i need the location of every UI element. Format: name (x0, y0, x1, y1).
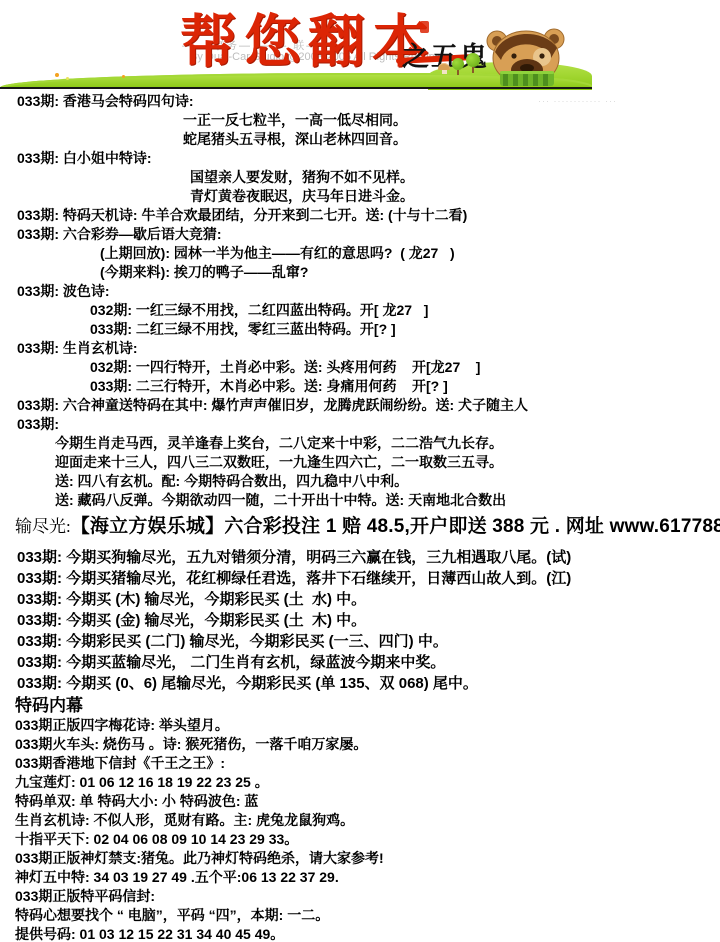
section-heading: 特码内幕 (0, 696, 720, 716)
loseall-section: 033期: 今期买狗输尽光，五九对错须分清，明码三六赢在钱，三九相遇取八尾。(试… (0, 547, 720, 694)
text-line: 033期: 六合神童送特码在其中: 爆竹声声催旧岁，龙腾虎跃闹纷纷。送: 犬子随… (0, 396, 720, 415)
text-line: 033期: 白小姐中特诗: (0, 149, 720, 168)
text-line: 033期: (0, 415, 720, 434)
tree-icon (466, 53, 480, 73)
text-line: 033期: 今期买 (金) 输尽光，今期彩民买 (土 木) 中。 (0, 610, 720, 631)
watermark-scribble: ··· ············ ··· (538, 96, 617, 106)
text-line: 特码心想要找个 “ 电脑”，平码 “四”，本期: 一二。 (0, 906, 720, 925)
text-line: 青灯黄卷夜眠迟，庆马年日进斗金。 (0, 187, 720, 206)
text-line: 033期: 今期买猪输尽光，花红柳绿任君选，落井下石继续开，日薄西山故人到。(江… (0, 568, 720, 589)
tree-icon (452, 58, 464, 75)
banner-text: 【海立方娱乐城】六合彩投注 1 赔 48.5,开户即送 388 元 . 网址 w… (71, 511, 720, 538)
inside-info-section: 033期正版四字梅花诗: 举头望月。033期火车头: 烧伤马 。诗: 猴死猪伤，… (0, 716, 720, 942)
text-line: 九宝莲灯: 01 06 12 16 18 19 22 23 25 。 (0, 773, 720, 792)
text-line: 032期: 一四行特开，土肖必中彩。送: 头疼用何药 开[龙27 ] (0, 358, 720, 377)
text-line: 送: 藏码八反弹。今期欲动四一随，二十开出十中特。送: 天南地北合数出 (0, 491, 720, 510)
text-line: 033期正版神灯禁支:猪兔。此乃神灯特码绝杀，请大家参考! (0, 849, 720, 868)
text-line: 033期: 六合彩券—歇后语大竞猜: (0, 225, 720, 244)
flower-icon (66, 77, 69, 80)
text-line: 033期正版四字梅花诗: 举头望月。 (0, 716, 720, 735)
red-seal-mark (420, 21, 429, 33)
ad-banner: 输尽光: 【海立方娱乐城】六合彩投注 1 赔 48.5,开户即送 388 元 .… (0, 511, 720, 539)
text-line: (上期回放): 园林一半为他主——有红的意思吗? ( 龙27 ) (0, 244, 720, 263)
text-line: 迎面走来十三人，四八三二双数旺，一九逢生四六亡，二一取数三五寻。 (0, 453, 720, 472)
text-line: 033期: 今期买 (木) 输尽光，今期彩民买 (土 水) 中。 (0, 589, 720, 610)
text-line: 033期: 特码天机诗: 牛羊合欢最团结，分开来到二七开。送: (十与十二看) (0, 206, 720, 225)
text-line: 今期生肖走马西，灵羊逢春上奖台，二八定来十中彩，二二浩气九长存。 (0, 434, 720, 453)
page: — —事务— — — 联— — — By Dual-Car Studio @20… (0, 0, 720, 942)
text-line: 蛇尾猪头五寻根，深山老林四回音。 (0, 130, 720, 149)
text-line: 032期: 一红三绿不用找，二红四蓝出特码。开[ 龙27 ] (0, 301, 720, 320)
banner-label: 输尽光: (15, 512, 71, 537)
text-line: 生肖玄机诗: 不似人形，觅财有路。主: 虎兔龙鼠狗鸡。 (0, 811, 720, 830)
text-line: 国望亲人要发财，猪狗不如不见样。 (0, 168, 720, 187)
bear-icon (482, 24, 570, 93)
flower-icon (122, 75, 125, 78)
text-line: 033期: 二红三绿不用找，零红三蓝出特码。开[? ] (0, 320, 720, 339)
poems-section: 033期: 香港马会特码四句诗:一正一反七粒半，一高一低尽相同。蛇尾猪头五寻根，… (0, 90, 720, 510)
text-line: 033期香港地下信封《千王之王》: (0, 754, 720, 773)
header-banner: — —事务— — — 联— — — By Dual-Car Studio @20… (0, 0, 720, 90)
page-title-calligraphy: 帮您翻本 (180, 0, 436, 78)
text-line: 033期正版特平码信封: (0, 887, 720, 906)
header-divider (0, 87, 592, 89)
text-line: 提供号码: 01 03 12 15 22 31 34 40 45 49。 (0, 925, 720, 942)
text-line: 033期: 今期买 (0、6) 尾输尽光，今期彩民买 (单 135、双 068)… (0, 673, 720, 694)
text-line: 送: 四八有玄机。配: 今期特码合数出，四九稳中八中利。 (0, 472, 720, 491)
text-line: 一正一反七粒半，一高一低尽相同。 (0, 111, 720, 130)
text-line: 033期: 今期彩民买 (二门) 输尽光，今期彩民买 (一三、四门) 中。 (0, 631, 720, 652)
text-line: 033期: 今期买狗输尽光，五九对错须分清，明码三六赢在钱，三九相遇取八尾。(试… (0, 547, 720, 568)
text-line: 033期火车头: 烧伤马 。诗: 猴死猪伤，一落千咱万家屡。 (0, 735, 720, 754)
text-line: (今期来料): 挨刀的鸭子——乱窜? (0, 263, 720, 282)
text-line: 033期: 二三行特开，木肖必中彩。送: 身痛用何药 开[? ] (0, 377, 720, 396)
text-line: 十指平天下: 02 04 06 08 09 10 14 23 29 33。 (0, 830, 720, 849)
text-line: 033期: 今期买蓝输尽光， 二门生肖有玄机，绿蓝波今期来中奖。 (0, 652, 720, 673)
mushroom-icon (438, 63, 450, 74)
text-line: 特码单双: 单 特码大小: 小 特码波色: 蓝 (0, 792, 720, 811)
flower-icon (55, 73, 59, 77)
text-line: 神灯五中特: 34 03 19 27 49 .五个平:06 13 22 37 2… (0, 868, 720, 887)
text-line: 033期: 波色诗: (0, 282, 720, 301)
text-line: 033期: 生肖玄机诗: (0, 339, 720, 358)
